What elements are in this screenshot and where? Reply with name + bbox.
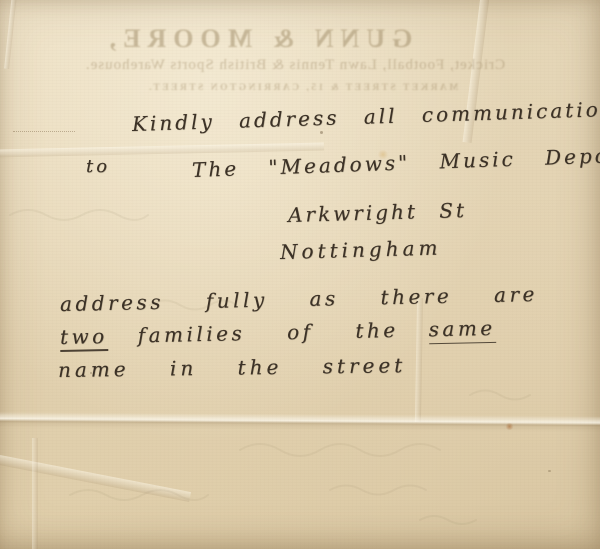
handwritten-line-5: address fully as there are — [60, 282, 538, 316]
rust-stain — [505, 423, 514, 430]
ink-speck — [548, 470, 551, 472]
paper-fold-crease-main — [0, 412, 600, 432]
underlined-word-two: two — [60, 324, 108, 352]
handwritten-line-2-depot-name: The "Meadows" Music Depot — [192, 143, 600, 182]
handwritten-line-4-city: Nottingham — [280, 235, 442, 263]
letter-paper: GUNN & MOORE, Cricket, Football, Lawn Te… — [0, 0, 600, 549]
handwritten-line-6: twofamilies of thesame — [60, 316, 496, 349]
letterhead-bleedthrough-address: MARKET STREET & 15, CARRINGTON STREET. — [125, 83, 480, 93]
handwritten-line-6-middle: families of the — [137, 318, 398, 347]
letterhead-bleedthrough-tagline: Cricket, Football, Lawn Tennis & British… — [15, 57, 575, 74]
underlined-word-same: same — [428, 316, 496, 344]
handwritten-line-2-word-to: to — [86, 156, 110, 177]
handwritten-line-1: Kindly address all communications — [132, 96, 600, 136]
ink-speck — [320, 131, 323, 134]
perforation-dotted-line — [13, 131, 75, 132]
paper-crease-bottom-left — [0, 452, 191, 502]
letterhead-bleedthrough-company-name: GUNN & MOORE, — [70, 24, 445, 54]
handwritten-line-3-street: Arkwright St — [288, 198, 468, 227]
handwritten-line-7: name in the street — [58, 353, 407, 382]
paper-crease-bottom-left-vertical — [32, 438, 38, 549]
